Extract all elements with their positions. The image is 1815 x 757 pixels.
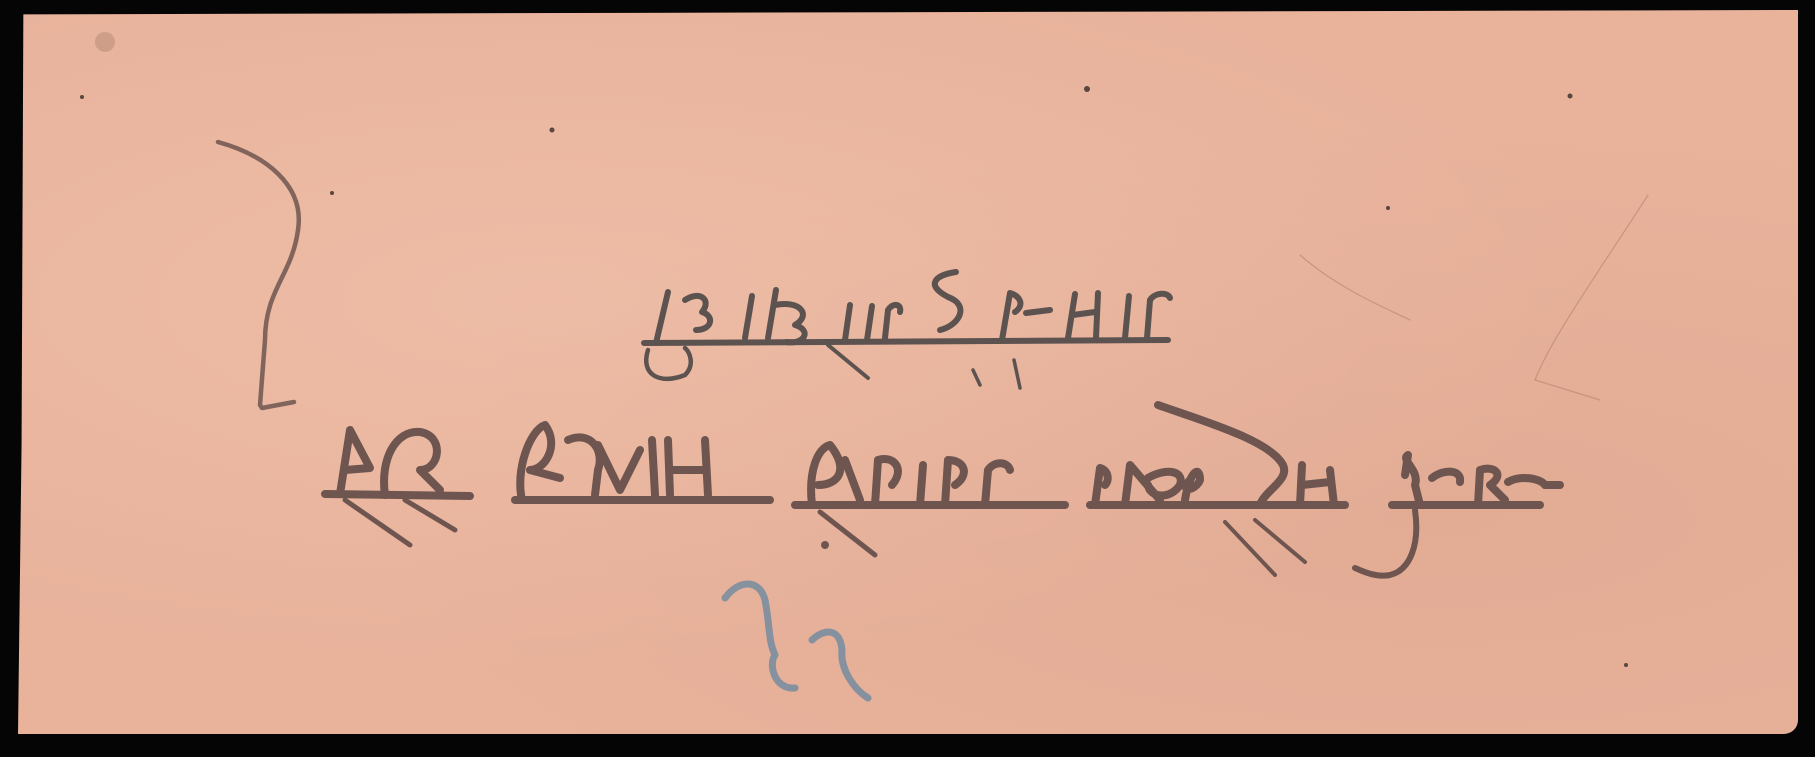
blue-pencil-mark [725,584,868,698]
bracket-mark [218,142,299,408]
handwriting-line-1 [644,272,1170,388]
paper-creases [1300,195,1648,400]
handwriting-layer [0,0,1815,757]
handwriting-line-2 [325,405,1560,576]
